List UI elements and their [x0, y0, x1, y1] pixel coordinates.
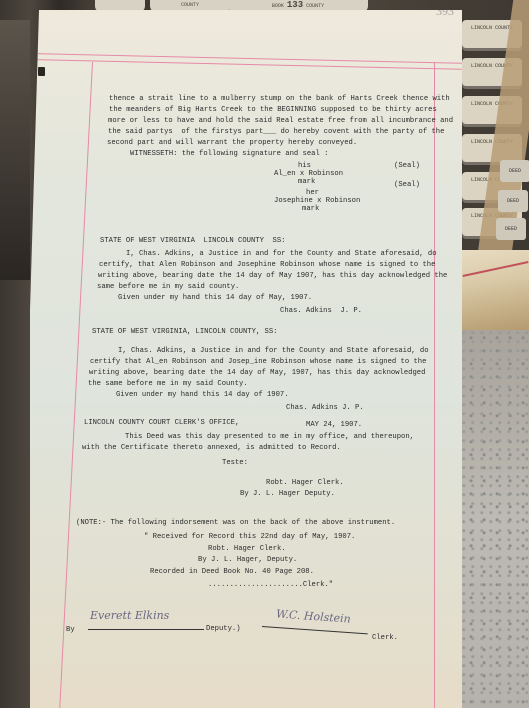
- book-spine: DEED: [500, 160, 529, 182]
- clerk-office-line: This Deed was this day presented to me i…: [125, 432, 414, 443]
- deed-line: the meanders of Big Harts Creek to the B…: [109, 105, 437, 116]
- ack1-line: writing above, bearing date the 14 day o…: [98, 271, 447, 282]
- ack2-line: I, Chas. Adkins, a Justice in and for th…: [118, 346, 429, 357]
- clerk-signature: W.C. Holstein: [276, 608, 351, 624]
- book-spine: DEED: [498, 190, 528, 212]
- note-recorded: Recorded in Deed Book No. 40 Page 208.: [150, 567, 314, 578]
- note-line: (NOTE:- The following indorsement was on…: [76, 518, 395, 529]
- note-clerk: Robt. Hager Clerk.: [208, 544, 286, 555]
- clerk-office-line: with the Certificate thereto annexed, is…: [82, 443, 341, 454]
- seal-label: (Seal): [394, 161, 420, 172]
- signature-line: [88, 629, 204, 630]
- ack2-heading: STATE OF WEST VIRGINIA, LINCOLN COUNTY, …: [92, 327, 277, 338]
- note-deputy: By J. L. Hager, Deputy.: [198, 555, 297, 566]
- ack1-given: Given under my hand this 14 day of May, …: [118, 293, 312, 304]
- deed-line: the said partys of the firstys part___ d…: [108, 127, 444, 138]
- ack2-line: the same before me in my said County.: [88, 379, 248, 390]
- by-label: By: [66, 625, 75, 636]
- ack1-signed: Chas. Adkins J. P.: [280, 306, 362, 317]
- desk-folder: [462, 250, 529, 330]
- note-dotted-clerk: ......................Clerk.": [208, 580, 333, 591]
- ack1-line: I, Chas. Adkins, a Justice in and for th…: [126, 249, 437, 260]
- ack2-line: certify that Al_en Robinson and Josep_in…: [90, 357, 426, 368]
- deputy-label: Deputy.): [206, 624, 241, 635]
- floor-carpet: [462, 330, 529, 708]
- deputy-name: By J. L. Hager Deputy.: [240, 489, 335, 500]
- ack1-heading: STATE OF WEST VIRGINIA LINCOLN COUNTY SS…: [100, 236, 285, 247]
- deputy-signature: Everett Elkins: [90, 610, 169, 621]
- clerk-name: Robt. Hager Clerk.: [266, 478, 344, 489]
- mark-label: mark: [298, 177, 315, 188]
- witnesseth-line: WITNESSETH: the following signature and …: [130, 149, 328, 160]
- deed-line: second part and will warrant the propert…: [107, 138, 357, 149]
- mark-label: mark: [302, 204, 319, 215]
- book-spine: DEED: [496, 218, 526, 240]
- ack2-given: Given under my hand this 14 day of 1907.: [116, 390, 289, 401]
- ack1-line: certify, that Alen Robinson and Josephin…: [99, 260, 435, 271]
- note-received: " Received for Record this 22nd day of M…: [144, 532, 355, 543]
- deed-page: 393 thence a strait line to a mulberry s…: [30, 10, 462, 708]
- deed-line: thence a strait line to a mulberry stump…: [109, 94, 450, 105]
- clerk-office-heading: LINCOLN COUNTY COURT CLERK'S OFFICE,: [84, 418, 239, 429]
- ack2-line: writing above, bearing date the 14 day o…: [89, 368, 425, 379]
- signature-line: [262, 626, 368, 634]
- shelf-shadow: [0, 20, 30, 280]
- ack1-line: same before me in my said county.: [97, 282, 239, 293]
- deed-line: more or less to have and hold the said R…: [108, 116, 453, 127]
- seal-label: (Seal): [394, 180, 420, 191]
- clerk-label: Clerk.: [372, 633, 398, 644]
- teste-label: Teste:: [222, 458, 248, 469]
- deed-text: thence a strait line to a mulberry stump…: [30, 10, 462, 708]
- clerk-office-date: MAY 24, 1907.: [306, 420, 362, 431]
- ack2-signed: Chas. Adkins J. P.: [286, 403, 364, 414]
